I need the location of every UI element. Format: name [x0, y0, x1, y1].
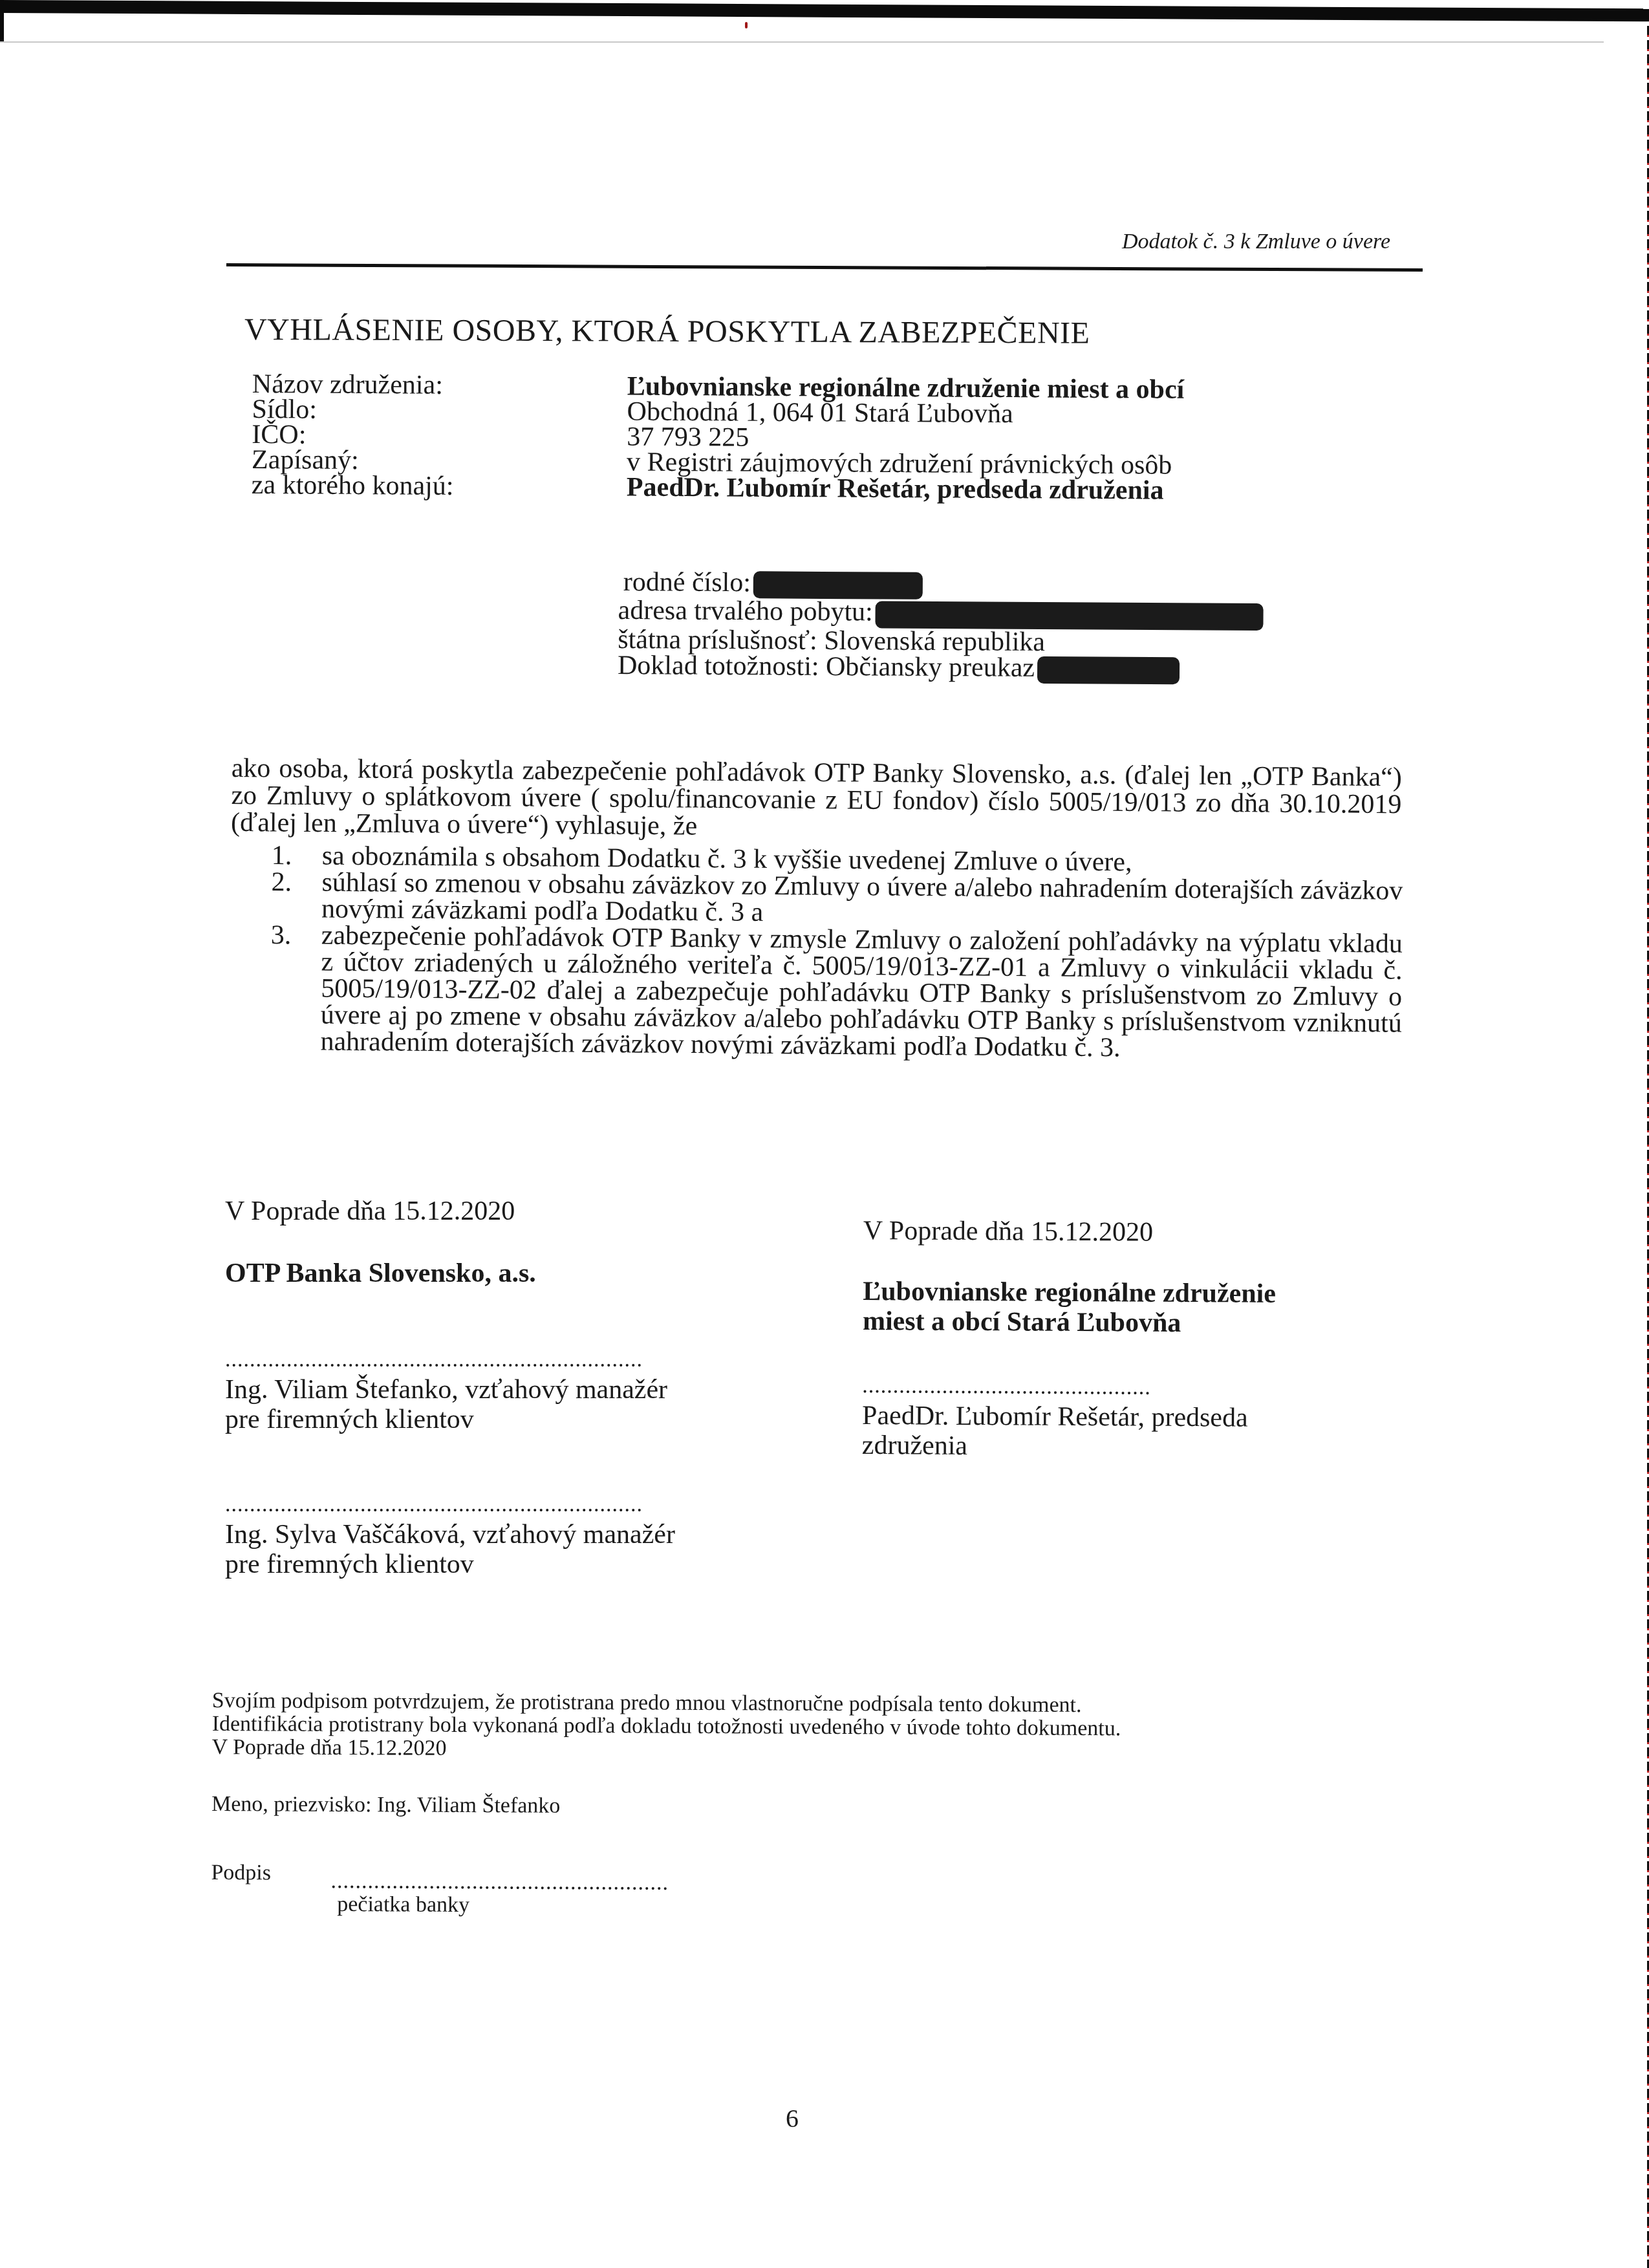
- signer-name: Ing. Sylva Vaščáková, vzťahový manažér: [225, 1520, 675, 1550]
- party-name-line1: Ľubovnianske regionálne združenie: [863, 1277, 1276, 1309]
- signature-line: ........................................…: [862, 1371, 1275, 1403]
- address-label: adresa trvalého pobytu:: [618, 596, 872, 627]
- list-number: 3.: [270, 922, 321, 1055]
- header-rule: [226, 263, 1423, 272]
- party-name-line2: miest a obcí Stará Ľubovňa: [863, 1306, 1276, 1339]
- declaration-list: 1. sa oboznámila s obsahom Dodatku č. 3 …: [270, 843, 1403, 1064]
- scan-top-edge: [0, 0, 1649, 21]
- declaration-intro: ako osoba, ktorá poskytla zabezpečenie p…: [231, 755, 1402, 845]
- signature-line: ........................................…: [225, 1490, 675, 1520]
- certification-block: Svojím podpisom potvrdzujem, že protistr…: [211, 1689, 1121, 1920]
- ident-row-representative: za ktorého konajú: PaedDr. Ľubomír Rešet…: [252, 473, 1184, 504]
- signature-label: Podpis: [211, 1861, 330, 1893]
- document-title: VYHLÁSENIE OSOBY, KTORÁ POSKYTLA ZABEZPE…: [244, 312, 1090, 351]
- place-date: V Poprade dňa 15.12.2020: [863, 1216, 1277, 1248]
- signer-role: združenia: [862, 1431, 1275, 1463]
- signer-role: pre firemných klientov: [225, 1405, 675, 1434]
- list-number: 1.: [272, 843, 322, 870]
- signer-role: pre firemných klientov: [225, 1550, 675, 1579]
- list-text: zabezpečenie pohľadávok OTP Banky v zmys…: [320, 923, 1403, 1064]
- stamp-label: pečiatka banky: [211, 1892, 1120, 1920]
- signer-name: Ing. Viliam Štefanko, vzťahový manažér: [225, 1375, 675, 1405]
- signature-block-association: V Poprade dňa 15.12.2020 Ľubovnianske re…: [862, 1216, 1277, 1463]
- scan-left-edge: [0, 0, 4, 41]
- id-document-label: Doklad totožnosti: Občiansky preukaz: [618, 651, 1035, 683]
- cert-name: Meno, priezvisko: Ing. Viliam Štefanko: [211, 1793, 1121, 1820]
- identification-block: Názov združenia: Ľubovnianske regionálne…: [252, 372, 1185, 504]
- cert-date: V Poprade dňa 15.12.2020: [211, 1736, 1121, 1764]
- representative-details: rodné číslo: adresa trvalého pobytu: štá…: [618, 569, 1264, 685]
- party-name: OTP Banka Slovensko, a.s.: [225, 1258, 675, 1288]
- ident-label: za ktorého konajú:: [252, 473, 627, 501]
- cert-signature-row: Podpis .................................…: [211, 1861, 1120, 1897]
- ident-label: Sídlo:: [252, 397, 627, 425]
- redaction-bar: [1037, 656, 1180, 684]
- place-date: V Poprade dňa 15.12.2020: [225, 1196, 675, 1226]
- redaction-bar: [753, 572, 923, 600]
- signature-block-bank: V Poprade dňa 15.12.2020 OTP Banka Slove…: [225, 1196, 675, 1579]
- signature-line: ........................................…: [225, 1345, 675, 1375]
- signer-name: PaedDr. Ľubomír Rešetár, predseda: [862, 1401, 1275, 1433]
- ident-value: PaedDr. Ľubomír Rešetár, predseda združe…: [627, 475, 1164, 504]
- page-number: 6: [786, 2103, 799, 2133]
- list-item: 3. zabezpečenie pohľadávok OTP Banky v z…: [270, 922, 1403, 1064]
- scan-page-edge-line: [0, 41, 1604, 43]
- id-document-row: Doklad totožnosti: Občiansky preukaz: [618, 653, 1263, 685]
- scan-red-mark: [745, 22, 748, 28]
- running-header: Dodatok č. 3 k Zmluve o úvere: [1122, 230, 1390, 254]
- redaction-bar: [876, 601, 1264, 631]
- list-number: 2.: [271, 869, 322, 923]
- ident-value: 37 793 225: [627, 425, 749, 451]
- signature-line: ........................................…: [330, 1862, 669, 1895]
- birth-number-label: rodné číslo:: [623, 567, 751, 598]
